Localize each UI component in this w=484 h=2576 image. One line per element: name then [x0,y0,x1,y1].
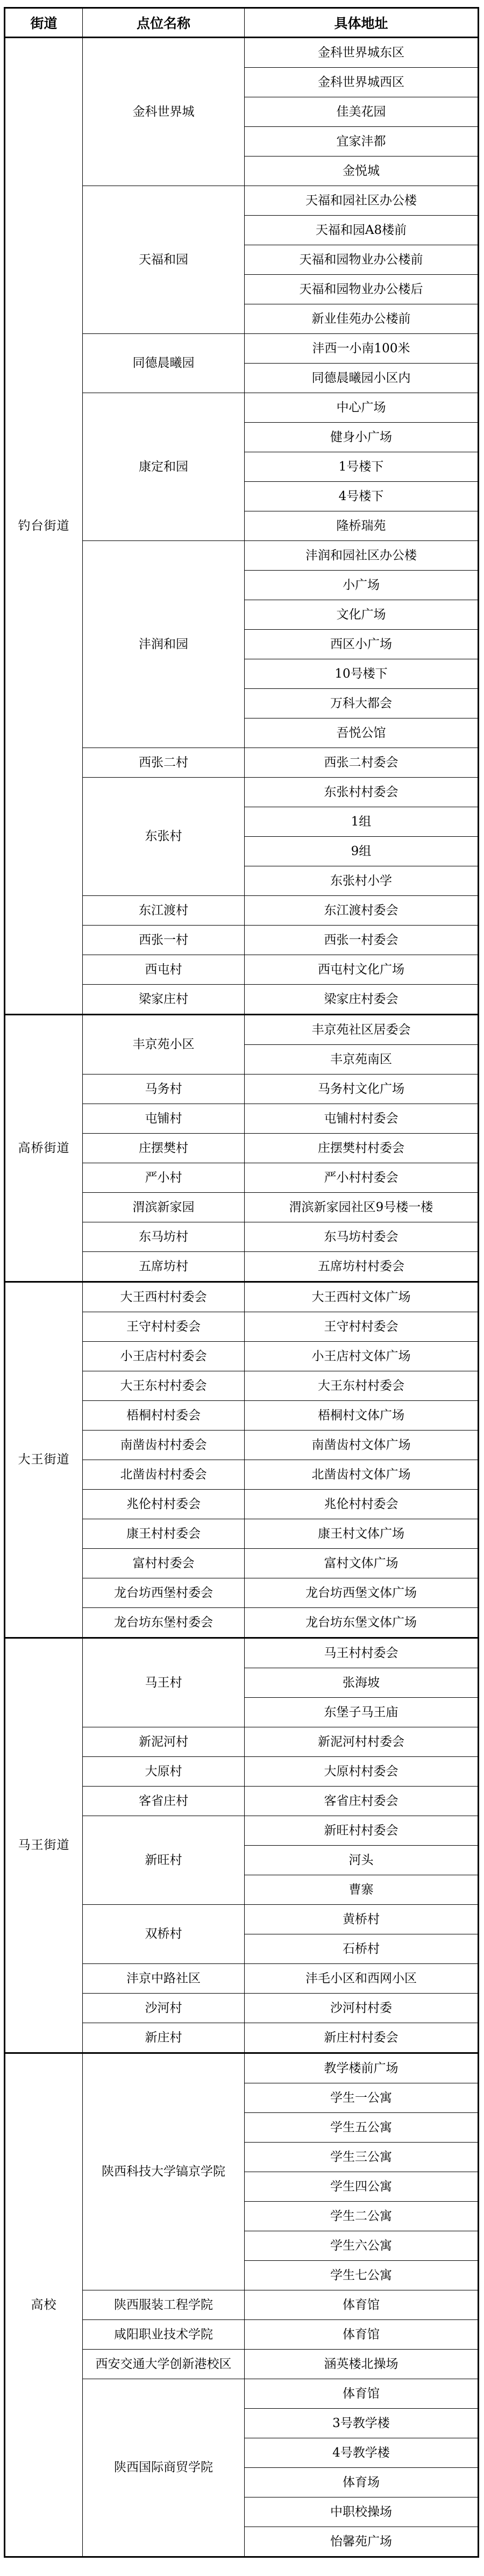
point-cell: 金科世界城 [83,38,245,186]
point-cell: 陕西科技大学镐京学院 [83,2053,245,2290]
table-row: 大王街道大王西村村委会大王西村文体广场 [5,1282,479,1312]
point-cell: 北凿齿村村委会 [83,1460,245,1490]
point-cell: 西安交通大学创新港校区 [83,2350,245,2379]
point-cell: 西张二村 [83,748,245,778]
street-cell: 钓台街道 [5,38,83,1015]
address-cell: 石桥村 [245,1934,479,1964]
address-cell: 体育馆 [245,2290,479,2320]
address-cell: 河头 [245,1846,479,1875]
point-cell: 东江渡村 [83,896,245,926]
street-cell: 高校 [5,2053,83,2557]
points-table: 街道 点位名称 具体地址 钓台街道金科世界城金科世界城东区金科世界城西区佳美花园… [4,7,479,2558]
address-cell: 中职校操场 [245,2497,479,2527]
address-cell: 严小村村委会 [245,1163,479,1193]
point-cell: 小王店村村委会 [83,1342,245,1371]
address-cell: 体育场 [245,2468,479,2497]
address-cell: 文化广场 [245,600,479,630]
address-cell: 佳美花园 [245,97,479,127]
address-cell: 沣润和园社区办公楼 [245,541,479,571]
address-cell: 南凿齿村文体广场 [245,1431,479,1460]
point-cell: 马王村 [83,1638,245,1727]
address-cell: 庄摆樊村村委会 [245,1134,479,1163]
point-cell: 南凿齿村村委会 [83,1431,245,1460]
address-cell: 王守村村委会 [245,1312,479,1342]
point-cell: 康王村村委会 [83,1519,245,1549]
point-cell: 陕西服装工程学院 [83,2290,245,2320]
address-cell: 天福和园A8楼前 [245,216,479,245]
address-cell: 东张村小学 [245,866,479,896]
address-cell: 西张二村委会 [245,748,479,778]
address-cell: 渭滨新家园社区9号楼一楼 [245,1193,479,1222]
address-cell: 万科大都会 [245,689,479,718]
address-cell: 富村文体广场 [245,1549,479,1578]
address-cell: 同德晨曦园小区内 [245,364,479,393]
point-cell: 新庄村 [83,2023,245,2053]
address-cell: 体育馆 [245,2320,479,2350]
address-cell: 大王东村村委会 [245,1371,479,1401]
point-cell: 康定和园 [83,393,245,541]
address-cell: 新泥河村村委会 [245,1727,479,1757]
point-cell: 西屯村 [83,955,245,985]
address-cell: 小广场 [245,571,479,600]
street-cell: 马王街道 [5,1638,83,2053]
point-cell: 渭滨新家园 [83,1193,245,1222]
address-cell: 东张村村委会 [245,778,479,807]
address-cell: 天福和园物业办公楼前 [245,245,479,275]
address-cell: 4号教学楼 [245,2438,479,2468]
address-cell: 学生二公寓 [245,2202,479,2231]
address-cell: 马王村村委会 [245,1638,479,1668]
address-cell: 学生六公寓 [245,2231,479,2261]
address-cell: 梁家庄村委会 [245,985,479,1015]
address-cell: 新旺村村委会 [245,1816,479,1846]
point-cell: 双桥村 [83,1905,245,1964]
page: 街道 点位名称 具体地址 钓台街道金科世界城金科世界城东区金科世界城西区佳美花园… [0,0,484,2576]
address-cell: 西张一村委会 [245,926,479,955]
column-header-street: 街道 [5,8,83,38]
point-cell: 陕西国际商贸学院 [83,2379,245,2557]
point-cell: 庄摆樊村 [83,1134,245,1163]
point-cell: 新泥河村 [83,1727,245,1757]
address-cell: 吾悦公馆 [245,718,479,748]
address-cell: 教学楼前广场 [245,2053,479,2083]
point-cell: 富村村委会 [83,1549,245,1578]
point-cell: 客省庄村 [83,1787,245,1816]
address-cell: 新业佳苑办公楼前 [245,304,479,334]
address-cell: 西区小广场 [245,630,479,659]
address-cell: 新庄村村委会 [245,2023,479,2053]
point-cell: 兆伦村村委会 [83,1490,245,1519]
address-cell: 沙河村村委 [245,1994,479,2023]
point-cell: 梁家庄村 [83,985,245,1015]
point-cell: 沣京中路社区 [83,1964,245,1994]
table-header-row: 街道 点位名称 具体地址 [5,8,479,38]
address-cell: 西屯村文化广场 [245,955,479,985]
table-row: 高校陕西科技大学镐京学院教学楼前广场 [5,2053,479,2083]
point-cell: 新旺村 [83,1816,245,1905]
address-cell: 客省庄村委会 [245,1787,479,1816]
column-header-point-name: 点位名称 [83,8,245,38]
point-cell: 五席坊村 [83,1252,245,1282]
address-cell: 屯铺村村委会 [245,1104,479,1134]
address-cell: 4号楼下 [245,482,479,511]
address-cell: 龙台坊西堡文体广场 [245,1578,479,1608]
address-cell: 金科世界城东区 [245,38,479,68]
point-cell: 西张一村 [83,926,245,955]
point-cell: 同德晨曦园 [83,334,245,393]
address-cell: 马务村文化广场 [245,1074,479,1104]
address-cell: 东江渡村委会 [245,896,479,926]
address-cell: 10号楼下 [245,659,479,689]
address-cell: 宜家沣都 [245,127,479,156]
address-cell: 沣西一小南100米 [245,334,479,364]
address-cell: 隆桥瑞苑 [245,511,479,541]
address-cell: 学生五公寓 [245,2113,479,2143]
address-cell: 梧桐村文体广场 [245,1401,479,1431]
table-row: 马王街道马王村马王村村委会 [5,1638,479,1668]
address-cell: 学生三公寓 [245,2143,479,2172]
address-cell: 张海坡 [245,1668,479,1698]
address-cell: 北凿齿村文体广场 [245,1460,479,1490]
point-cell: 龙台坊东堡村委会 [83,1608,245,1638]
address-cell: 曹寨 [245,1875,479,1905]
point-cell: 大原村 [83,1757,245,1787]
column-header-address: 具体地址 [245,8,479,38]
point-cell: 梧桐村村委会 [83,1401,245,1431]
point-cell: 沙河村 [83,1994,245,2023]
address-cell: 大原村村委会 [245,1757,479,1787]
street-cell: 大王街道 [5,1282,83,1638]
point-cell: 大王西村村委会 [83,1282,245,1312]
table-row: 高桥街道丰京苑小区丰京苑社区居委会 [5,1015,479,1045]
address-cell: 大王西村文体广场 [245,1282,479,1312]
point-cell: 王守村村委会 [83,1312,245,1342]
point-cell: 屯铺村 [83,1104,245,1134]
address-cell: 3号教学楼 [245,2409,479,2438]
address-cell: 中心广场 [245,393,479,423]
point-cell: 马务村 [83,1074,245,1104]
address-cell: 小王店村文体广场 [245,1342,479,1371]
street-cell: 高桥街道 [5,1015,83,1282]
address-cell: 龙台坊东堡文体广场 [245,1608,479,1638]
address-cell: 1组 [245,807,479,837]
table-body: 钓台街道金科世界城金科世界城东区金科世界城西区佳美花园宜家沣都金悦城天福和园天福… [5,38,479,2557]
point-cell: 东马坊村 [83,1222,245,1252]
address-cell: 东堡子马王庙 [245,1698,479,1727]
address-cell: 9组 [245,837,479,866]
address-cell: 丰京苑南区 [245,1045,479,1074]
address-cell: 沣毛小区和西网小区 [245,1964,479,1994]
address-cell: 学生七公寓 [245,2261,479,2290]
address-cell: 学生四公寓 [245,2172,479,2202]
address-cell: 学生一公寓 [245,2083,479,2113]
address-cell: 怡馨苑广场 [245,2527,479,2557]
address-cell: 天福和园物业办公楼后 [245,275,479,304]
point-cell: 大王东村村委会 [83,1371,245,1401]
address-cell: 金科世界城西区 [245,68,479,97]
address-cell: 天福和园社区办公楼 [245,186,479,216]
address-cell: 黄桥村 [245,1905,479,1934]
point-cell: 东张村 [83,778,245,896]
point-cell: 丰京苑小区 [83,1015,245,1074]
address-cell: 体育馆 [245,2379,479,2409]
point-cell: 天福和园 [83,186,245,334]
address-cell: 健身小广场 [245,423,479,452]
point-cell: 严小村 [83,1163,245,1193]
address-cell: 兆伦村村委会 [245,1490,479,1519]
point-cell: 沣润和园 [83,541,245,748]
table-row: 钓台街道金科世界城金科世界城东区 [5,38,479,68]
point-cell: 咸阳职业技术学院 [83,2320,245,2350]
address-cell: 康王村文体广场 [245,1519,479,1549]
point-cell: 龙台坊西堡村委会 [83,1578,245,1608]
address-cell: 涵英楼北操场 [245,2350,479,2379]
address-cell: 五席坊村村委会 [245,1252,479,1282]
address-cell: 金悦城 [245,156,479,186]
address-cell: 1号楼下 [245,452,479,482]
address-cell: 丰京苑社区居委会 [245,1015,479,1045]
address-cell: 东马坊村委会 [245,1222,479,1252]
